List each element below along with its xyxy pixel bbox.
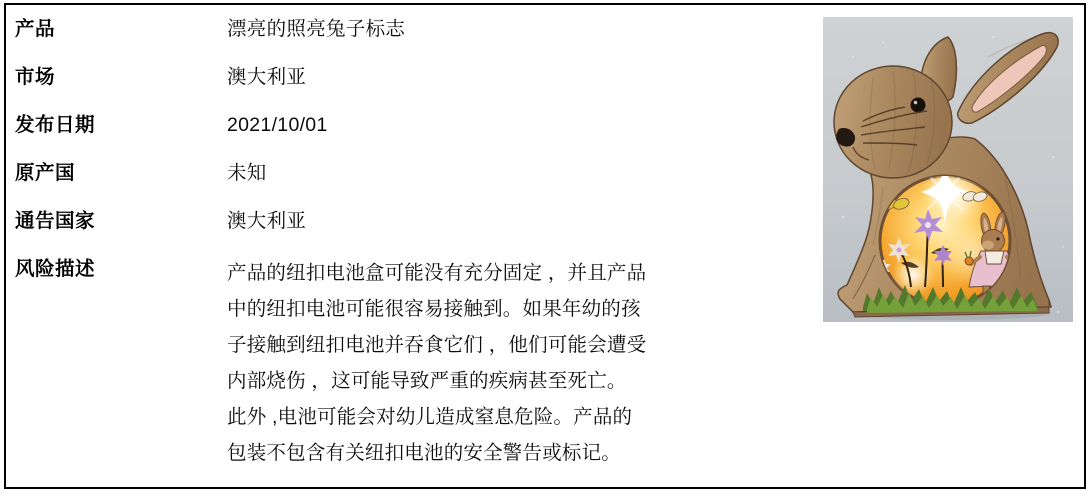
rabbit-lamp-illustration (823, 17, 1073, 322)
row-label-risk-description: 风险描述 (15, 255, 227, 284)
row-label-notifying-country: 通告国家 (15, 207, 227, 236)
row-value-product: 漂亮的照亮兔子标志 (227, 15, 405, 44)
row-label-origin-country: 原产国 (15, 159, 227, 188)
info-row-notifying-country: 通告国家 澳大利亚 (15, 207, 306, 236)
row-label-market: 市场 (15, 63, 227, 92)
info-row-risk-description: 风险描述 产品的纽扣电池盒可能没有充分固定 ，并且产品中的纽扣电池可能很容易接触… (15, 255, 651, 471)
row-value-release-date: 2021/10/01 (227, 111, 328, 140)
row-label-product: 产品 (15, 15, 227, 44)
product-photo (823, 17, 1073, 322)
row-value-origin-country: 未知 (227, 159, 267, 188)
row-value-notifying-country: 澳大利亚 (227, 207, 306, 236)
recall-notice-document: 产品 漂亮的照亮兔子标志 市场 澳大利亚 发布日期 2021/10/01 原产国… (0, 0, 1092, 500)
row-value-risk-description: 产品的纽扣电池盒可能没有充分固定 ，并且产品中的纽扣电池可能很容易接触到。如果年… (227, 255, 651, 471)
info-row-origin-country: 原产国 未知 (15, 159, 267, 188)
row-value-market: 澳大利亚 (227, 63, 306, 92)
row-label-release-date: 发布日期 (15, 111, 227, 140)
info-row-market: 市场 澳大利亚 (15, 63, 306, 92)
info-row-release-date: 发布日期 2021/10/01 (15, 111, 328, 140)
info-row-product: 产品 漂亮的照亮兔子标志 (15, 15, 405, 44)
